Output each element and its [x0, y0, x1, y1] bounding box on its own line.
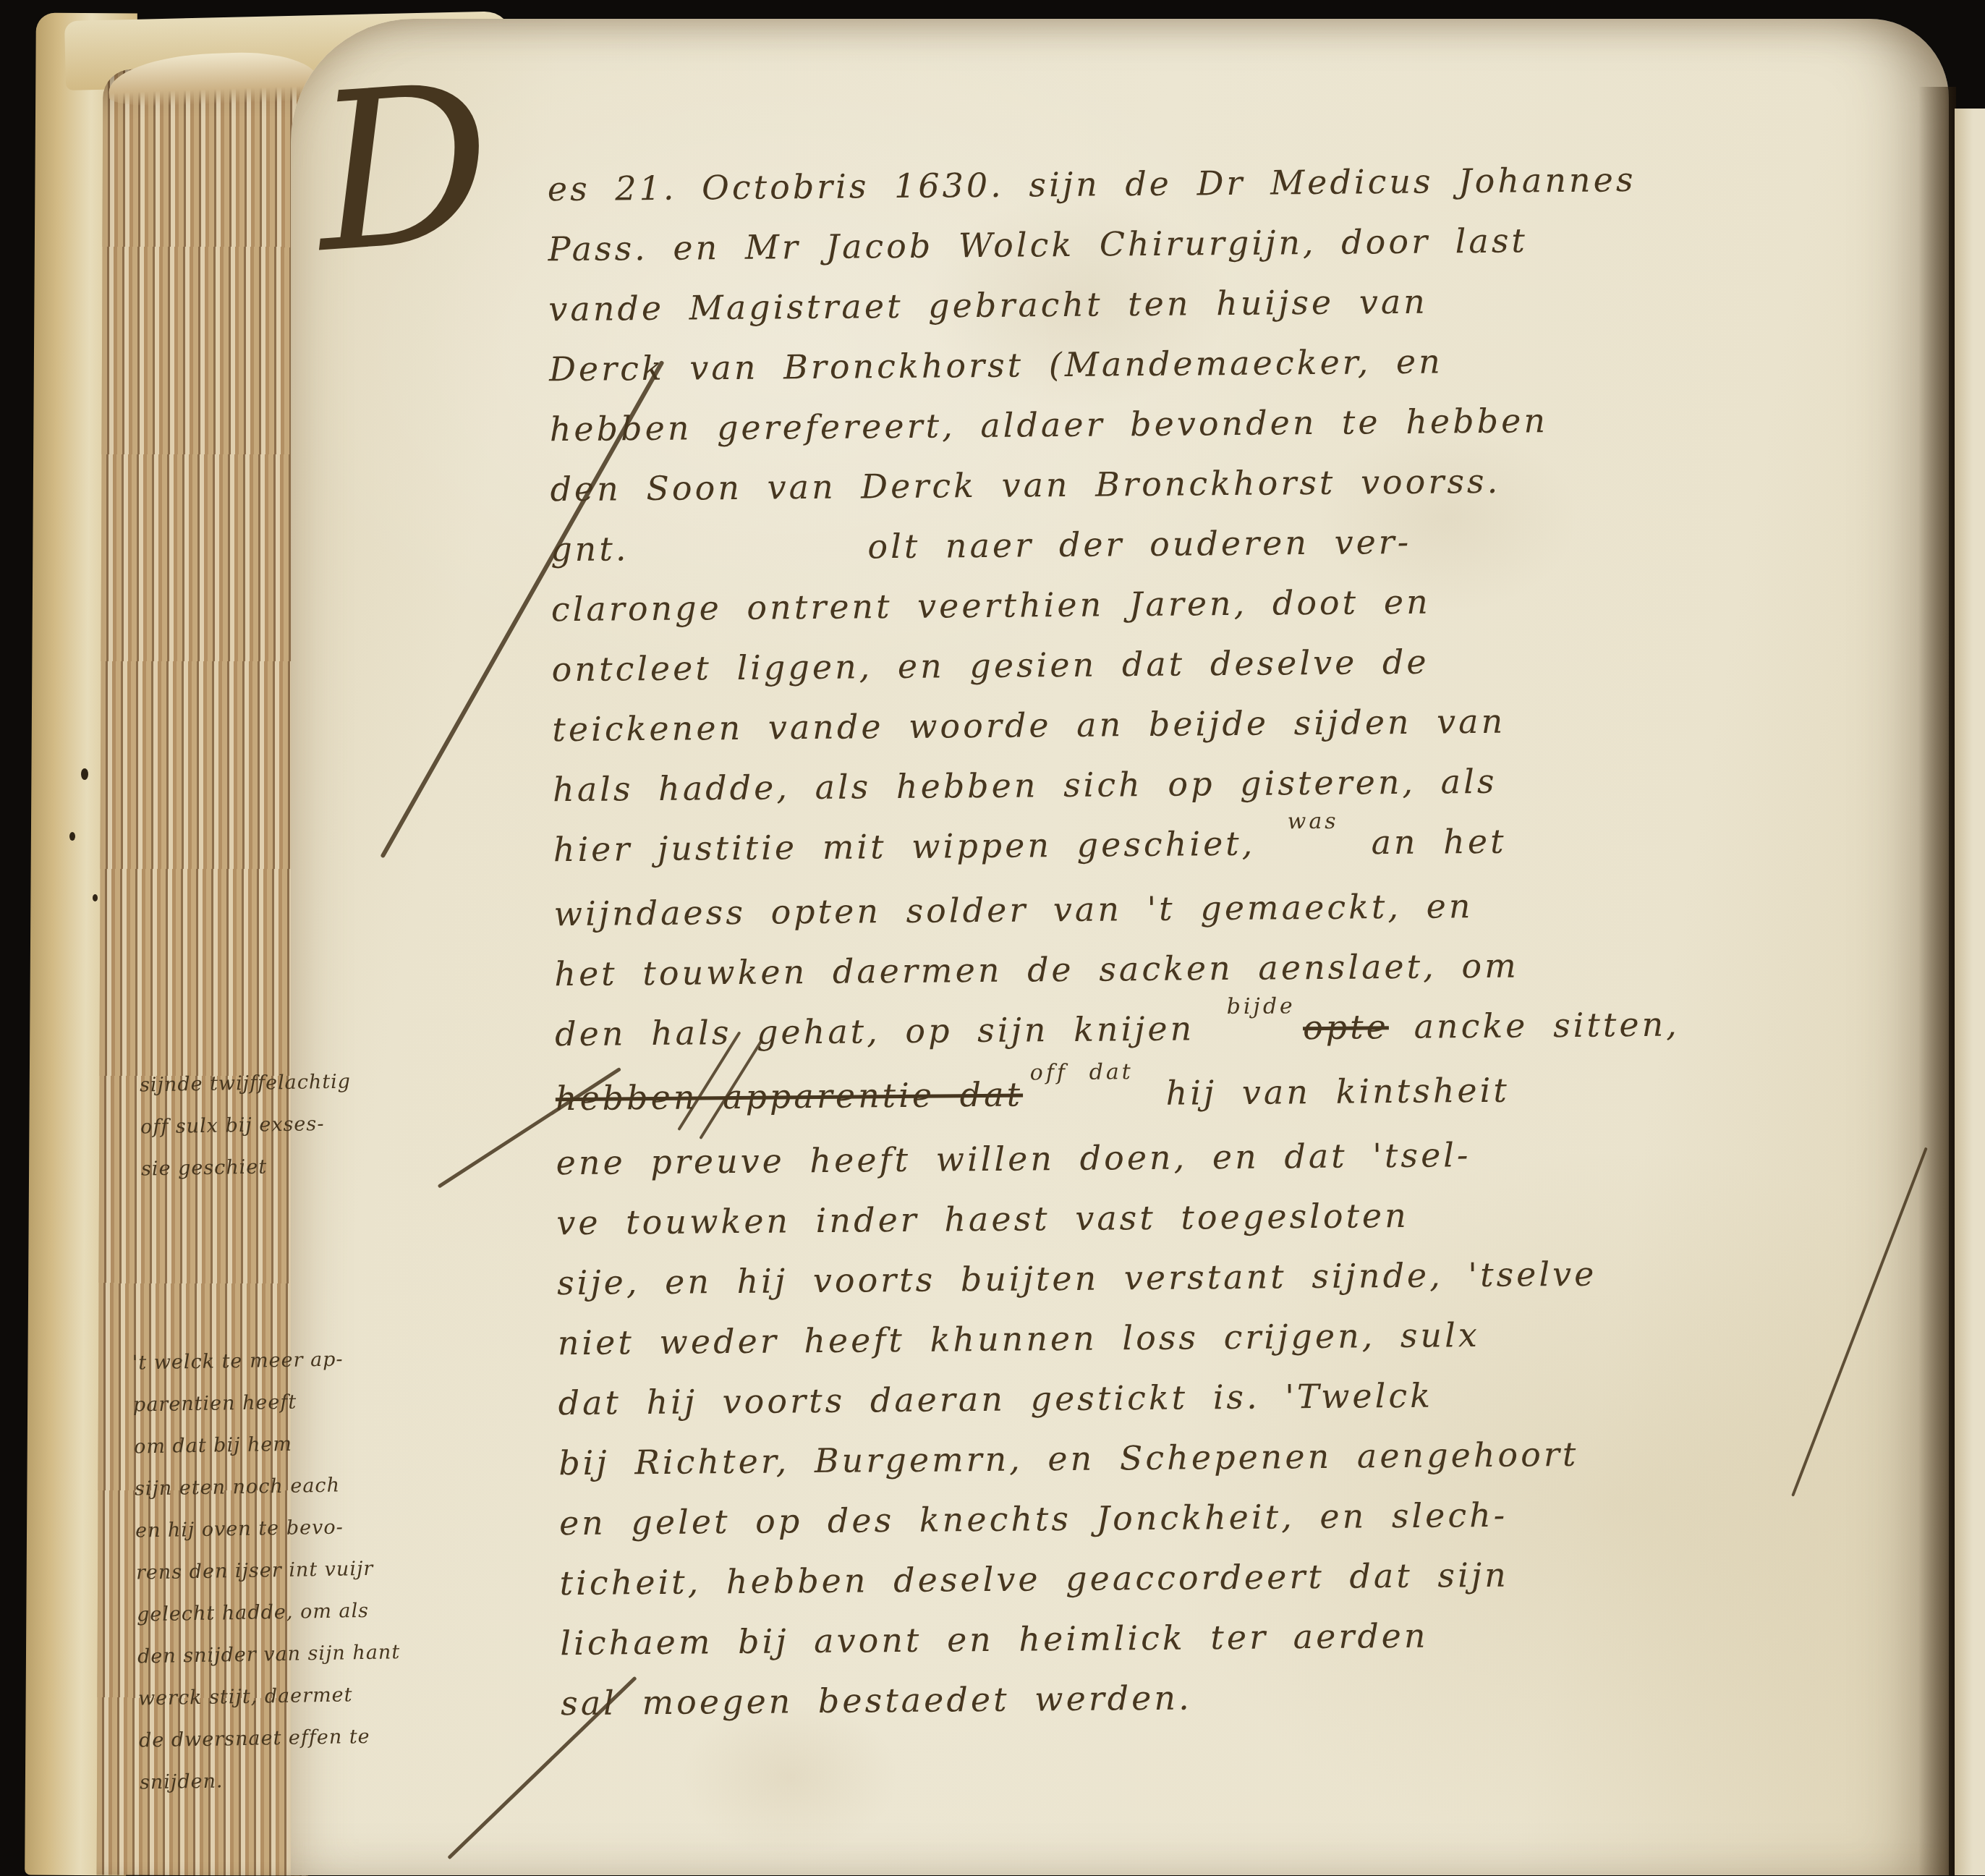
text-segment: claronge ontrent veerthien Jaren, doot e… — [551, 582, 1431, 629]
text-segment: Derck van Bronckhorst (Mandemaecker, en — [549, 341, 1443, 389]
text-line: sal moegen bestaedet werden. — [561, 1662, 1921, 1733]
text-segment: en gelet op des knechts Jonckheit, en sl… — [559, 1495, 1508, 1542]
text-segment: bij Richter, Burgemrn, en Schepenen aeng… — [558, 1435, 1578, 1482]
text-segment: ene preuve heeft willen doen, en dat 'ts… — [556, 1135, 1471, 1182]
scan-background: D es 21. Octobris 1630. sijn de Dr Medic… — [0, 0, 1985, 1875]
struck-text: opte — [1303, 1007, 1389, 1047]
margin-note-line: sijnde twijffelachtig — [140, 1060, 430, 1107]
margin-note-first: sijnde twijffelachtigoff sulx bij exses-… — [140, 1060, 431, 1191]
text-segment: den Soon van Derck van Bronckhorst voors… — [550, 462, 1500, 509]
text-segment: den hals gehat, op sijn knijen — [555, 1009, 1220, 1053]
text-segment: es 21. Octobris 1630. sijn de Dr Medicus… — [548, 160, 1636, 208]
margin-note-line: om dat bij hem — [133, 1422, 423, 1469]
text-segment: sal moegen bestaedet werden. — [561, 1678, 1192, 1723]
text-segment: sije, en hij voorts buijten verstant sij… — [557, 1255, 1597, 1303]
initial-letter: D — [310, 55, 498, 284]
text-segment: an het — [1346, 822, 1507, 862]
text-segment: olt naer der ouderen ver- — [867, 522, 1411, 566]
text-segment: lichaem bij avont en heimlick ter aerden — [560, 1616, 1429, 1663]
text-segment: ve touwken inder haest vast toegesloten — [556, 1196, 1409, 1242]
text-segment: wijndaess opten solder van 't gemaeckt, … — [553, 886, 1473, 933]
text-segment: niet weder heeft khunnen loss crijgen, s… — [558, 1315, 1480, 1362]
margin-note-line: snijden. — [140, 1757, 430, 1804]
inserted-word: bijde — [1227, 993, 1296, 1019]
struck-text: hebben apparentie dat — [556, 1075, 1024, 1119]
main-text-block: es 21. Octobris 1630. sijn de Dr Medicus… — [548, 148, 1921, 1733]
margin-note-line: parentien heeft — [132, 1380, 422, 1427]
margin-note-line: den snijder van sijn hant — [137, 1631, 428, 1678]
margin-note-line: sijn eten noch each — [134, 1464, 424, 1511]
margin-note-line: sie geschiet — [141, 1144, 431, 1191]
text-segment: teickenen vande woorde an beijde sijden … — [552, 702, 1505, 749]
text-segment: ancke sitten, — [1389, 1005, 1680, 1047]
inserted-word: was — [1288, 809, 1339, 835]
text-segment: het touwken daermen de sacken aenslaet, … — [554, 946, 1519, 994]
ink-spot — [69, 832, 75, 841]
text-segment: ticheit, hebben deselve geaccordeert dat… — [559, 1555, 1508, 1603]
text-segment: hals hadde, als hebben sich op gisteren,… — [553, 762, 1497, 809]
margin-note-line: en hij oven te bevo- — [135, 1506, 425, 1553]
margin-note-line: de dwersnaet effen te — [139, 1715, 429, 1762]
text-segment: hij van kintsheit — [1141, 1071, 1510, 1113]
text-line: hier justitie mit wippen geschiet, was a… — [553, 808, 1914, 884]
margin-note-line: 't welck te meer ap- — [132, 1338, 422, 1385]
gutter-shadow — [1918, 87, 1956, 1875]
facing-page-sliver — [1955, 109, 1985, 1875]
text-segment: Pass. en Mr Jacob Wolck Chirurgijn, door… — [548, 221, 1528, 268]
ink-spot — [93, 894, 98, 901]
margin-note-line: werck stijt, daermet — [138, 1673, 428, 1720]
text-line: hebben apparentie datoff dat hij van kin… — [556, 1057, 1916, 1133]
inserted-word: off dat — [1030, 1059, 1134, 1085]
text-segment: ontcleet liggen, en gesien dat deselve d… — [551, 642, 1429, 689]
text-line: den hals gehat, op sijn knijen bijdeopte… — [555, 993, 1916, 1069]
text-segment: vande Magistraet gebracht ten huijse van — [548, 282, 1428, 329]
blank-space — [629, 558, 868, 560]
margin-note-line: gelecht hadde, om als — [137, 1589, 427, 1637]
text-segment: hebben gerefereert, aldaer bevonden te h… — [550, 401, 1549, 449]
text-segment: hier justitie mit wippen geschiet, — [553, 823, 1281, 869]
text-segment: dat hij voorts daeran gestickt is. 'Twel… — [558, 1376, 1433, 1423]
ink-spot — [81, 768, 88, 780]
margin-note-line: rens den ijser int vuijr — [136, 1548, 426, 1595]
margin-note-second: 't welck te meer ap-parentien heeftom da… — [132, 1338, 429, 1804]
margin-note-line: off sulx bij exses- — [140, 1102, 430, 1149]
